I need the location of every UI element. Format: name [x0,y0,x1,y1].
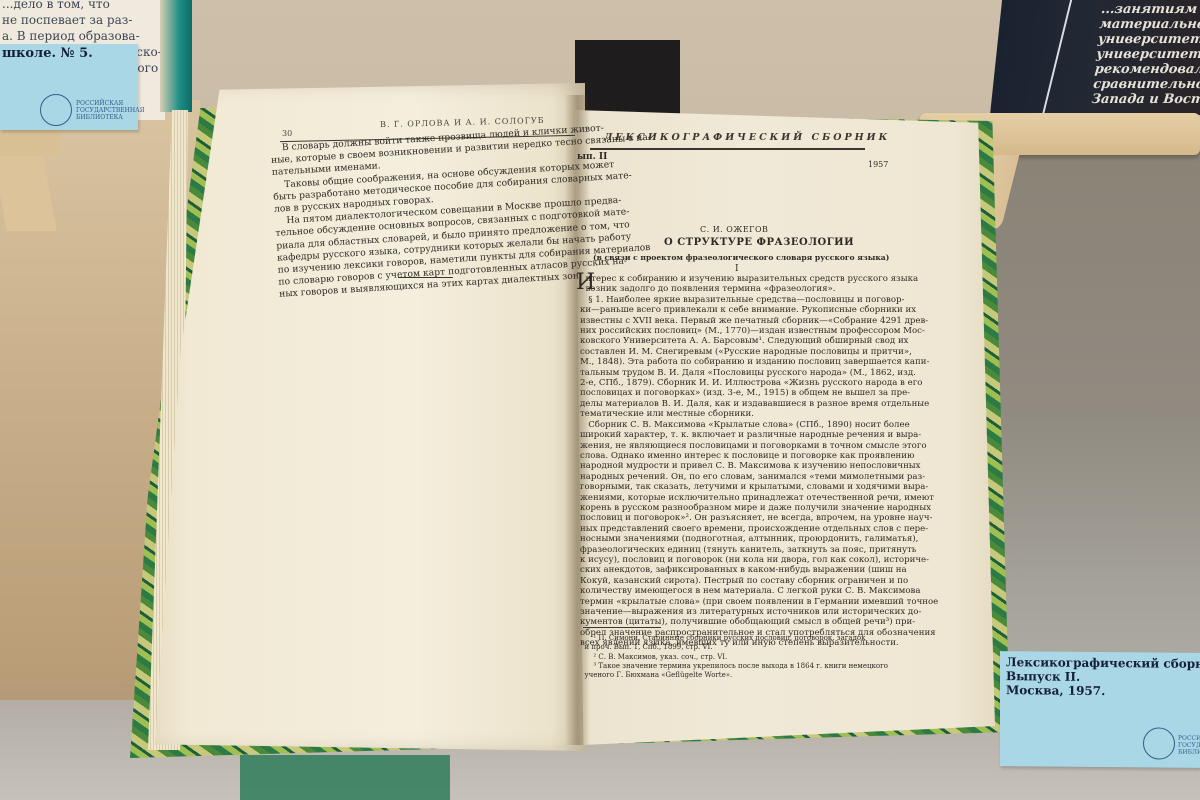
left-page-end-rule [398,277,453,278]
book-edge-line [1042,0,1072,115]
right-page-footnotes: ¹ П. Симони, Старинные сборники русских … [580,625,888,680]
exhibit-label-right-line-2: Выпуск II. [1006,669,1080,684]
exhibit-label-right: Лексикографический сборник. Выпуск II. М… [1000,651,1200,768]
right-page-running-head: ЛЕКСИКОГРАФИЧЕСКИЙ СБОРНИК [604,132,890,143]
rsl-logo-text: РОССИЙСКАЯ ГОСУДАРСТВЕННАЯ БИБЛИОТЕКА [76,100,145,121]
rsl-logo-icon [40,94,72,126]
right-page-body-text: нтерес к собиранию и изучению выразитель… [580,274,938,649]
exhibit-label-left: школе. № 5. РОССИЙСКАЯ ГОСУДАРСТВЕННАЯ Б… [0,44,138,130]
article-subtitle: (в связи с проектом фразеологического сл… [593,253,889,262]
exhibit-label-left-text: школе. № 5. [2,46,93,61]
background-book-right-text: ...занятиям на ф материальной к универси… [1091,2,1200,107]
background-dark-object [575,40,680,115]
right-page-year: 1957 [868,160,888,169]
rsl-logo-text: РОССИЙСКАЯ ГОСУДАРСТВЕННАЯ БИБЛИОТЕКА [1178,735,1200,757]
right-page-issue: ып. II [577,152,607,162]
background-dark-book-right: ...занятиям на ф материальной к универси… [990,0,1200,115]
right-page-header-rule [590,148,865,150]
rsl-logo-icon [1143,727,1175,759]
left-page-number: 30 [282,129,292,138]
background-green-book [240,755,450,800]
article-title: О СТРУКТУРЕ ФРАЗЕОЛОГИИ [664,237,854,248]
background-book-left-spine [160,0,192,112]
article-author: С. И. ОЖЕГОВ [700,225,768,234]
section-number: I [735,264,739,274]
exhibit-label-right-line-3: Москва, 1957. [1006,683,1105,698]
